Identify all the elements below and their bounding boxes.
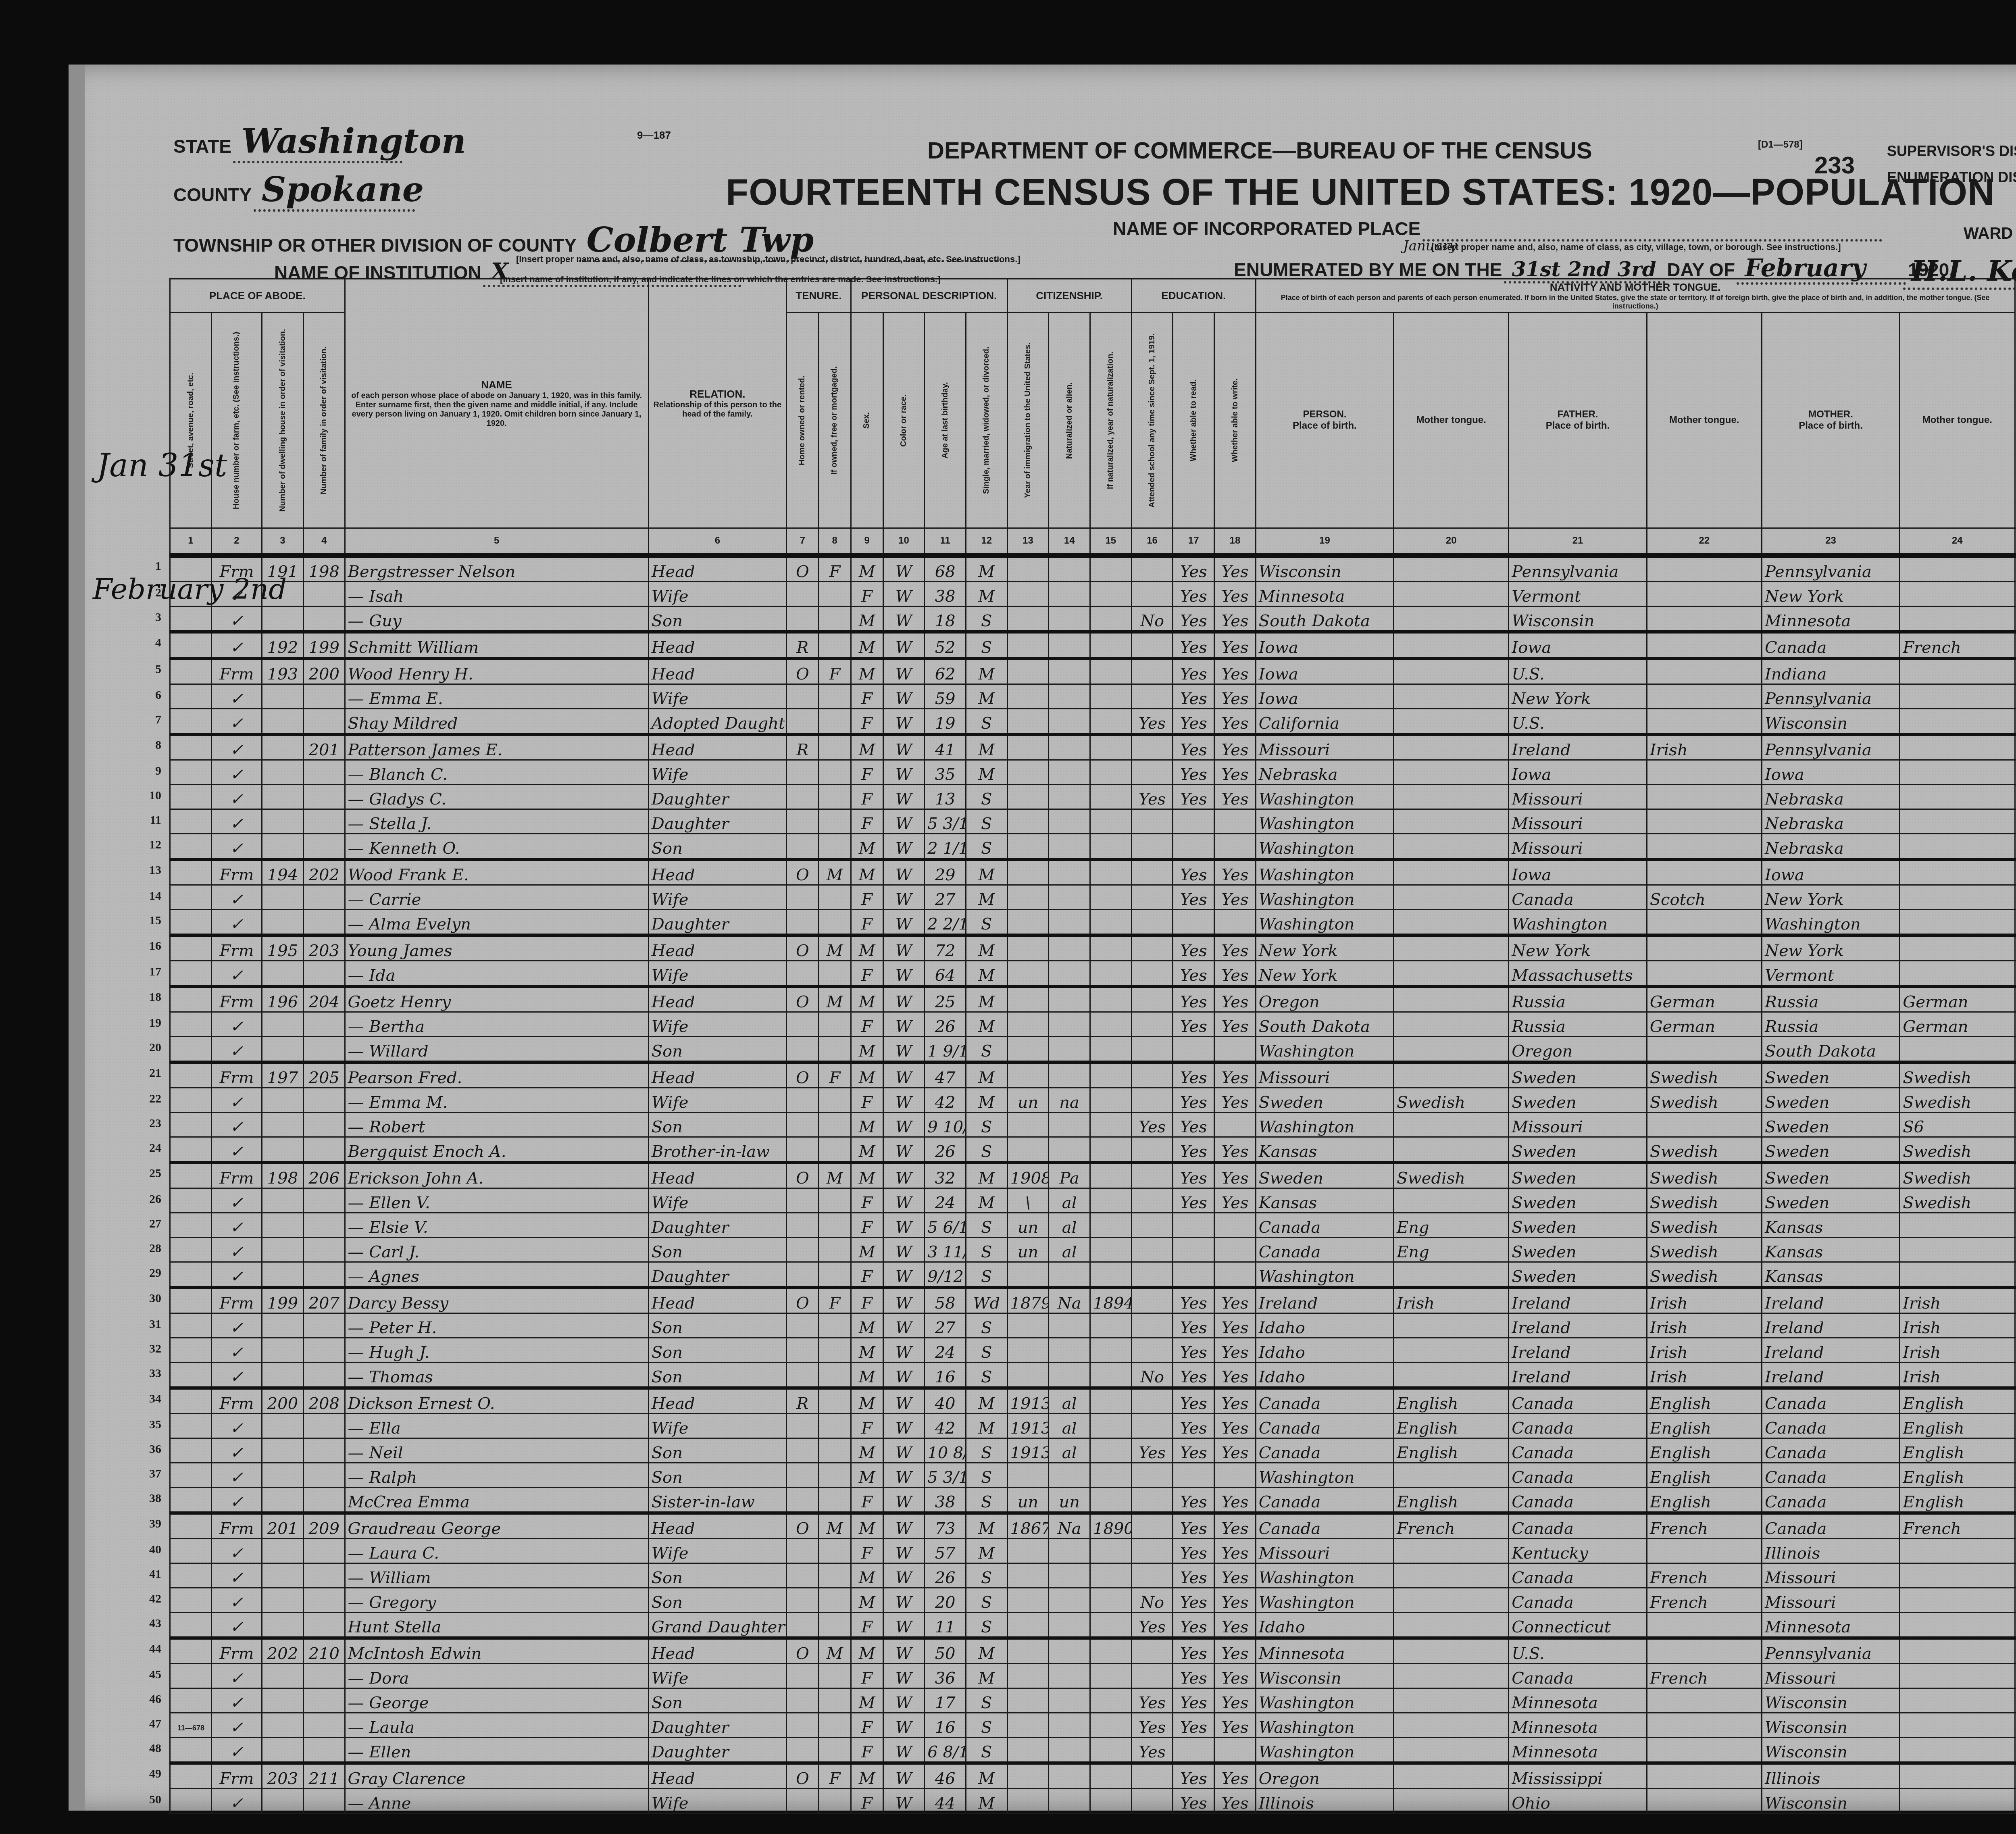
- cell-pob: Idaho: [1256, 1338, 1393, 1363]
- cell-marital: S: [966, 1213, 1007, 1238]
- cell-family: [303, 809, 345, 834]
- cell-natyr: [1090, 1563, 1131, 1588]
- cell-nat: al: [1049, 1188, 1090, 1213]
- cell-free: [818, 961, 851, 987]
- cell-house: Frm: [211, 555, 262, 582]
- cell-house: ✓: [211, 1238, 262, 1262]
- cell-own: [786, 1137, 818, 1163]
- cell-name: — Gregory: [345, 1588, 648, 1613]
- cell-m_tongue: [1900, 555, 2015, 582]
- cell-m_pob: Sweden: [1762, 1163, 1899, 1188]
- cell-m_pob: Illinois: [1762, 1763, 1899, 1789]
- cell-imm: 1913: [1007, 1414, 1049, 1438]
- cell-race: W: [883, 1613, 925, 1638]
- cell-nat: [1049, 1313, 1090, 1338]
- cell-m_pob: Kansas: [1762, 1238, 1899, 1262]
- column-number: 12: [966, 528, 1007, 556]
- cell-school: [1131, 910, 1173, 936]
- cell-nat: [1049, 1688, 1090, 1713]
- cell-name: Erickson John A.: [345, 1163, 648, 1188]
- cell-imm: [1007, 809, 1049, 834]
- cell-family: [303, 1338, 345, 1363]
- cell-write: [1214, 1238, 1256, 1262]
- col-age: Age at last birthday.: [925, 313, 966, 528]
- cell-sex: F: [851, 684, 883, 709]
- cell-street: [170, 986, 212, 1012]
- cell-tongue: [1394, 555, 1509, 582]
- cell-own: [786, 1088, 818, 1113]
- cell-imm: [1007, 986, 1049, 1012]
- department-heading: DEPARTMENT OF COMMERCE—BUREAU OF THE CEN…: [927, 137, 1592, 164]
- cell-dwelling: [262, 1037, 304, 1063]
- cell-sex: M: [851, 555, 883, 582]
- cell-family: [303, 1789, 345, 1813]
- cell-relation: Son: [648, 1438, 786, 1463]
- cell-nat: [1049, 1738, 1090, 1763]
- cell-school: [1131, 1213, 1173, 1238]
- cell-race: W: [883, 606, 925, 632]
- cell-f_pob: New York: [1509, 935, 1647, 961]
- cell-dwelling: [262, 785, 304, 809]
- col-dwelling-number: Number of dwelling house in order of vis…: [262, 313, 304, 528]
- cell-f_pob: Russia: [1509, 1012, 1647, 1037]
- cell-imm: [1007, 582, 1049, 606]
- cell-street: [170, 709, 212, 735]
- cell-tongue: [1394, 785, 1509, 809]
- cell-sex: M: [851, 1563, 883, 1588]
- cell-m_pob: Kansas: [1762, 1213, 1899, 1238]
- cell-write: Yes: [1214, 1563, 1256, 1588]
- cell-house: ✓: [211, 684, 262, 709]
- cell-free: [818, 1463, 851, 1488]
- cell-pob: Washington: [1256, 859, 1393, 885]
- cell-imm: [1007, 1588, 1049, 1613]
- cell-age: 3 11/12: [925, 1238, 966, 1262]
- cell-name: Bergquist Enoch A.: [345, 1137, 648, 1163]
- cell-dwelling: 202: [262, 1638, 304, 1664]
- cell-school: Yes: [1131, 1613, 1173, 1638]
- cell-name: — Isah: [345, 582, 648, 606]
- cell-write: [1214, 1262, 1256, 1288]
- cell-nat: [1049, 709, 1090, 735]
- cell-free: M: [818, 859, 851, 885]
- cell-f_pob: Oregon: [1509, 1037, 1647, 1063]
- cell-name: Bergstresser Nelson: [345, 555, 648, 582]
- cell-tongue: [1394, 809, 1509, 834]
- cell-own: [786, 1188, 818, 1213]
- cell-read: [1173, 1238, 1214, 1262]
- cell-street: [170, 1238, 212, 1262]
- cell-write: Yes: [1214, 1588, 1256, 1613]
- table-row: ✓— Hugh J.SonMW24SYesYesIdahoIrelandIris…: [170, 1338, 2016, 1363]
- cell-m_pob: Sweden: [1762, 1113, 1899, 1137]
- cell-relation: Wife: [648, 1789, 786, 1813]
- cell-age: 24: [925, 1338, 966, 1363]
- cell-race: W: [883, 1588, 925, 1613]
- cell-relation: Son: [648, 606, 786, 632]
- cell-relation: Son: [648, 1588, 786, 1613]
- cell-tongue: Swedish: [1394, 1088, 1509, 1113]
- cell-marital: M: [966, 1062, 1007, 1088]
- table-row: ✓— GuySonMW18SNoYesYesSouth DakotaWiscon…: [170, 606, 2016, 632]
- cell-m_tongue: Swedish: [1900, 1163, 2015, 1188]
- cell-street: [170, 1062, 212, 1088]
- cell-read: [1173, 834, 1214, 860]
- cell-natyr: [1090, 809, 1131, 834]
- cell-write: [1214, 1738, 1256, 1763]
- cell-name: Darcy Bessy: [345, 1288, 648, 1313]
- cell-name: Young James: [345, 935, 648, 961]
- cell-imm: [1007, 555, 1049, 582]
- cell-tongue: [1394, 910, 1509, 936]
- cell-race: W: [883, 555, 925, 582]
- cell-f_pob: Ireland: [1509, 1363, 1647, 1388]
- cell-f_pob: Minnesota: [1509, 1688, 1647, 1713]
- cell-m_pob: Wisconsin: [1762, 1789, 1899, 1813]
- line-number: 14: [137, 889, 161, 903]
- cell-nat: [1049, 659, 1090, 684]
- cell-read: Yes: [1173, 1188, 1214, 1213]
- cell-name: — Thomas: [345, 1363, 648, 1388]
- cell-m_tongue: [1900, 1588, 2015, 1613]
- cell-school: [1131, 1288, 1173, 1313]
- cell-f_pob: Minnesota: [1509, 1713, 1647, 1738]
- table-row: ✓Bergquist Enoch A.Brother-in-lawMW26SYe…: [170, 1137, 2016, 1163]
- cell-natyr: [1090, 1062, 1131, 1088]
- cell-school: [1131, 1388, 1173, 1414]
- cell-nat: [1049, 1638, 1090, 1664]
- cell-pob: Idaho: [1256, 1363, 1393, 1388]
- cell-name: — Anne: [345, 1789, 648, 1813]
- cell-age: 73: [925, 1513, 966, 1539]
- cell-natyr: [1090, 684, 1131, 709]
- cell-read: [1173, 1738, 1214, 1763]
- cell-own: [786, 1438, 818, 1463]
- cell-sex: F: [851, 1414, 883, 1438]
- cell-read: Yes: [1173, 986, 1214, 1012]
- column-number: 9: [851, 528, 883, 556]
- cell-sex: M: [851, 1763, 883, 1789]
- cell-write: Yes: [1214, 1414, 1256, 1438]
- cell-f_tongue: [1647, 809, 1762, 834]
- cell-street: [170, 1137, 212, 1163]
- cell-tongue: [1394, 834, 1509, 860]
- cell-sex: M: [851, 859, 883, 885]
- cell-read: [1173, 1213, 1214, 1238]
- cell-nat: al: [1049, 1414, 1090, 1438]
- table-row: Frm198206Erickson John A.HeadOMMW32M1908…: [170, 1163, 2016, 1188]
- cell-pob: Canada: [1256, 1513, 1393, 1539]
- cell-school: [1131, 1789, 1173, 1813]
- cell-tongue: [1394, 582, 1509, 606]
- cell-marital: M: [966, 1638, 1007, 1664]
- cell-nat: [1049, 1463, 1090, 1488]
- cell-age: 36: [925, 1664, 966, 1688]
- cell-read: Yes: [1173, 1062, 1214, 1088]
- cell-marital: M: [966, 935, 1007, 961]
- cell-family: [303, 1238, 345, 1262]
- cell-pob: Idaho: [1256, 1613, 1393, 1638]
- cell-name: — Alma Evelyn: [345, 910, 648, 936]
- cell-sex: F: [851, 582, 883, 606]
- cell-read: Yes: [1173, 1688, 1214, 1713]
- cell-natyr: [1090, 1539, 1131, 1563]
- stamp-number: 233: [1814, 151, 1855, 179]
- line-number: 13: [137, 863, 161, 877]
- cell-marital: M: [966, 1664, 1007, 1688]
- cell-race: W: [883, 1238, 925, 1262]
- cell-age: 26: [925, 1563, 966, 1588]
- cell-street: [170, 1338, 212, 1363]
- cell-natyr: [1090, 1137, 1131, 1163]
- cell-natyr: [1090, 1188, 1131, 1213]
- cell-nat: [1049, 684, 1090, 709]
- column-number: 10: [883, 528, 925, 556]
- col-father-tongue: Mother tongue.: [1647, 313, 1762, 528]
- cell-marital: S: [966, 1338, 1007, 1363]
- cell-marital: S: [966, 1037, 1007, 1063]
- cell-m_tongue: [1900, 1738, 2015, 1763]
- table-row: Frm195203Young JamesHeadOMMW72MYesYesNew…: [170, 935, 2016, 961]
- cell-race: W: [883, 1488, 925, 1513]
- cell-race: W: [883, 1513, 925, 1539]
- cell-dwelling: [262, 760, 304, 785]
- cell-dwelling: 199: [262, 1288, 304, 1313]
- cell-age: 26: [925, 1137, 966, 1163]
- cell-imm: [1007, 910, 1049, 936]
- cell-marital: M: [966, 1539, 1007, 1563]
- cell-sex: M: [851, 1388, 883, 1414]
- column-number: 1: [170, 528, 212, 556]
- cell-m_tongue: English: [1900, 1488, 2015, 1513]
- cell-write: Yes: [1214, 1188, 1256, 1213]
- cell-marital: S: [966, 1738, 1007, 1763]
- cell-tongue: Eng: [1394, 1213, 1509, 1238]
- cell-own: [786, 606, 818, 632]
- cell-read: Yes: [1173, 1438, 1214, 1463]
- cell-imm: un: [1007, 1088, 1049, 1113]
- cell-dwelling: [262, 1088, 304, 1113]
- cell-marital: M: [966, 760, 1007, 785]
- cell-free: [818, 834, 851, 860]
- table-row: ✓— Kenneth O.SonMW2 1/12SWashingtonMisso…: [170, 834, 2016, 860]
- cell-f_tongue: Swedish: [1647, 1062, 1762, 1088]
- cell-relation: Wife: [648, 1539, 786, 1563]
- cell-nat: [1049, 555, 1090, 582]
- cell-school: [1131, 935, 1173, 961]
- cell-f_pob: Canada: [1509, 1488, 1647, 1513]
- cell-m_tongue: [1900, 1238, 2015, 1262]
- cell-write: [1214, 1463, 1256, 1488]
- cell-name: Shay Mildred: [345, 709, 648, 735]
- cell-tongue: [1394, 734, 1509, 760]
- cell-school: [1131, 1037, 1173, 1063]
- cell-m_tongue: [1900, 834, 2015, 860]
- cell-f_pob: Canada: [1509, 1438, 1647, 1463]
- cell-f_tongue: [1647, 1113, 1762, 1137]
- cell-street: [170, 582, 212, 606]
- table-row: Frm203211Gray ClarenceHeadOFMW46MYesYesO…: [170, 1763, 2016, 1789]
- cell-f_tongue: [1647, 834, 1762, 860]
- cell-sex: M: [851, 1163, 883, 1188]
- line-number: 41: [137, 1567, 161, 1581]
- cell-free: M: [818, 1638, 851, 1664]
- cell-m_pob: Canada: [1762, 1463, 1899, 1488]
- cell-marital: M: [966, 1012, 1007, 1037]
- cell-school: [1131, 1763, 1173, 1789]
- cell-relation: Head: [648, 1513, 786, 1539]
- cell-nat: al: [1049, 1388, 1090, 1414]
- cell-write: Yes: [1214, 659, 1256, 684]
- cell-school: [1131, 1414, 1173, 1438]
- cell-natyr: [1090, 1012, 1131, 1037]
- cell-name: — Ralph: [345, 1463, 648, 1488]
- cell-street: [170, 1789, 212, 1813]
- cell-family: 211: [303, 1763, 345, 1789]
- cell-name: — Elsie V.: [345, 1213, 648, 1238]
- cell-name: McIntosh Edwin: [345, 1638, 648, 1664]
- cell-family: 205: [303, 1062, 345, 1088]
- cell-pob: Canada: [1256, 1414, 1393, 1438]
- cell-tongue: Irish: [1394, 1288, 1509, 1313]
- table-row: ✓— EllaWifeFW42M1913alYesYesCanadaEnglis…: [170, 1414, 2016, 1438]
- cell-age: 19: [925, 709, 966, 735]
- cell-pob: Kansas: [1256, 1137, 1393, 1163]
- cell-race: W: [883, 1288, 925, 1313]
- cell-natyr: [1090, 834, 1131, 860]
- cell-free: [818, 734, 851, 760]
- cell-own: [786, 709, 818, 735]
- col-race: Color or race.: [883, 313, 925, 528]
- col-owned-rented: Home owned or rented.: [786, 313, 818, 528]
- cell-m_tongue: [1900, 1763, 2015, 1789]
- line-number: 48: [137, 1742, 161, 1755]
- cell-school: Yes: [1131, 1113, 1173, 1137]
- cell-f_pob: Canada: [1509, 1388, 1647, 1414]
- cell-tongue: [1394, 1539, 1509, 1563]
- cell-relation: Wife: [648, 760, 786, 785]
- cell-m_tongue: [1900, 1213, 2015, 1238]
- line-number: 24: [137, 1141, 161, 1155]
- table-row: ✓— Carl J.SonMW3 11/12SunalCanadaEngSwed…: [170, 1238, 2016, 1262]
- cell-free: [818, 1313, 851, 1338]
- cell-family: [303, 1463, 345, 1488]
- cell-natyr: [1090, 1363, 1131, 1388]
- cell-race: W: [883, 1188, 925, 1213]
- cell-relation: Wife: [648, 1188, 786, 1213]
- cell-sex: M: [851, 1113, 883, 1137]
- line-number: 3: [137, 611, 161, 624]
- cell-free: M: [818, 935, 851, 961]
- cell-family: [303, 1113, 345, 1137]
- cell-f_pob: Missouri: [1509, 785, 1647, 809]
- cell-natyr: [1090, 1213, 1131, 1238]
- table-row: ✓Shay MildredAdopted DaughterFW19SYesYes…: [170, 709, 2016, 735]
- line-number: 10: [137, 789, 161, 802]
- cell-house: ✓: [211, 1613, 262, 1638]
- cell-imm: [1007, 1137, 1049, 1163]
- cell-tongue: French: [1394, 1513, 1509, 1539]
- cell-dwelling: 200: [262, 1388, 304, 1414]
- cell-own: [786, 1539, 818, 1563]
- cell-m_pob: New York: [1762, 935, 1899, 961]
- cell-f_pob: Sweden: [1509, 1188, 1647, 1213]
- cell-own: [786, 1414, 818, 1438]
- cell-nat: [1049, 910, 1090, 936]
- cell-read: Yes: [1173, 1563, 1214, 1588]
- cell-f_tongue: English: [1647, 1414, 1762, 1438]
- cell-free: [818, 1688, 851, 1713]
- cell-nat: [1049, 935, 1090, 961]
- cell-read: Yes: [1173, 1488, 1214, 1513]
- line-number: 1: [137, 559, 161, 573]
- cell-imm: [1007, 1062, 1049, 1088]
- col-person-tongue: Mother tongue.: [1394, 313, 1509, 528]
- col-sex: Sex.: [851, 313, 883, 528]
- cell-m_pob: South Dakota: [1762, 1037, 1899, 1063]
- cell-sex: M: [851, 1363, 883, 1388]
- cell-school: Yes: [1131, 709, 1173, 735]
- cell-house: ✓: [211, 1713, 262, 1738]
- cell-f_pob: Sweden: [1509, 1213, 1647, 1238]
- cell-street: [170, 910, 212, 936]
- cell-read: Yes: [1173, 1513, 1214, 1539]
- cell-house: ✓: [211, 760, 262, 785]
- cell-nat: [1049, 632, 1090, 659]
- cell-pob: Wisconsin: [1256, 555, 1393, 582]
- cell-name: — Ellen V.: [345, 1188, 648, 1213]
- cell-name: — William: [345, 1563, 648, 1588]
- cell-relation: Head: [648, 1062, 786, 1088]
- cell-house: ✓: [211, 1664, 262, 1688]
- cell-pob: Missouri: [1256, 1062, 1393, 1088]
- cell-f_tongue: English: [1647, 1488, 1762, 1513]
- cell-family: [303, 684, 345, 709]
- line-number: 12: [137, 838, 161, 852]
- cell-natyr: [1090, 606, 1131, 632]
- cell-race: W: [883, 910, 925, 936]
- cell-race: W: [883, 734, 925, 760]
- line-number: 44: [137, 1642, 161, 1656]
- cell-m_pob: Minnesota: [1762, 606, 1899, 632]
- cell-street: [170, 760, 212, 785]
- table-row: ✓— EllenDaughterFW6 8/12SYesWashingtonMi…: [170, 1738, 2016, 1763]
- cell-natyr: [1090, 1088, 1131, 1113]
- cell-m_pob: Canada: [1762, 1488, 1899, 1513]
- cell-read: Yes: [1173, 1113, 1214, 1137]
- cell-marital: S: [966, 1238, 1007, 1262]
- cell-own: [786, 582, 818, 606]
- cell-school: [1131, 1488, 1173, 1513]
- cell-imm: [1007, 1638, 1049, 1664]
- cell-marital: M: [966, 1163, 1007, 1188]
- cell-imm: [1007, 961, 1049, 987]
- cell-school: [1131, 734, 1173, 760]
- cell-f_pob: New York: [1509, 684, 1647, 709]
- cell-street: [170, 1262, 212, 1288]
- cell-write: Yes: [1214, 1012, 1256, 1037]
- cell-race: W: [883, 1563, 925, 1588]
- cell-own: [786, 961, 818, 987]
- cell-f_tongue: [1647, 606, 1762, 632]
- cell-house: Frm: [211, 1062, 262, 1088]
- cell-tongue: Eng: [1394, 1238, 1509, 1262]
- cell-tongue: [1394, 1313, 1509, 1338]
- cell-read: Yes: [1173, 1163, 1214, 1188]
- cell-dwelling: [262, 1664, 304, 1688]
- cell-street: [170, 659, 212, 684]
- cell-marital: M: [966, 961, 1007, 987]
